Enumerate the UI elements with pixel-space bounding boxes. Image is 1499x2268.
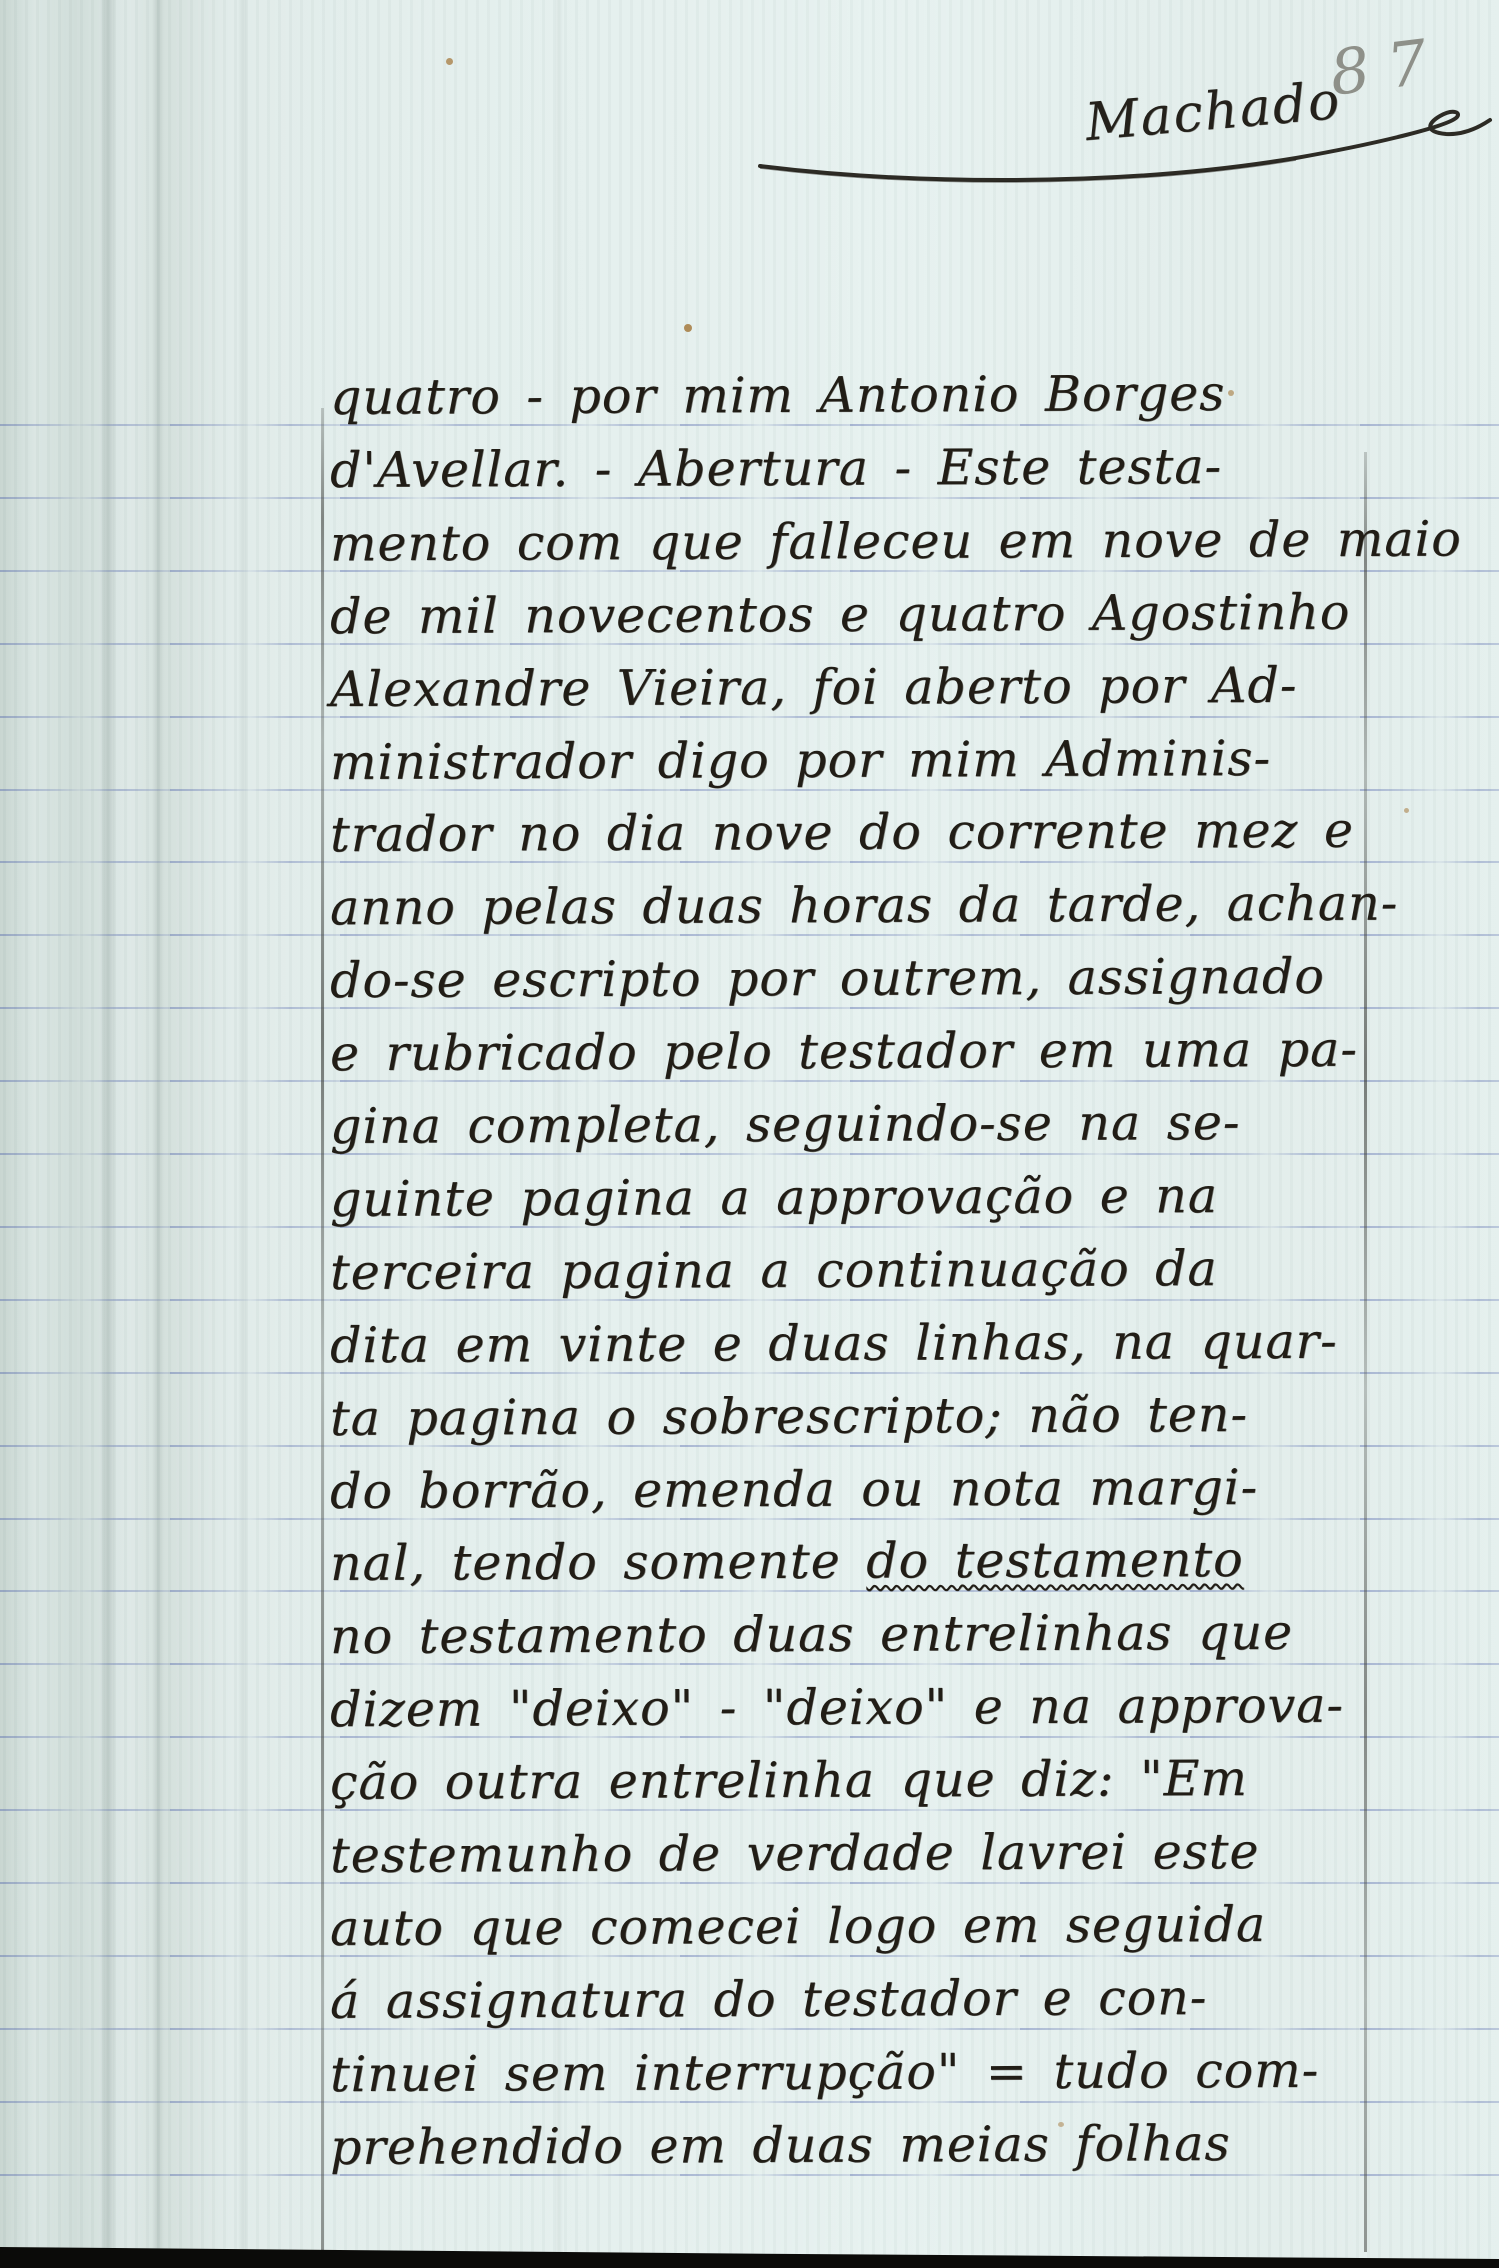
paper-speck: [684, 324, 692, 332]
manuscript-line: anno pelas duas horas da tarde, achan-: [330, 875, 1398, 938]
paper-speck: [1058, 2122, 1064, 2127]
manuscript-line: do borrão, emenda ou nota margi-: [330, 1458, 1258, 1520]
manuscript-line: dita em vinte e duas linhas, na quar-: [330, 1312, 1338, 1374]
scan-bottom-edge: [0, 2238, 1499, 2268]
paper-crease: [152, 0, 164, 2268]
paper-crease: [238, 0, 248, 2268]
manuscript-line: mento com que falleceu em nove de maio: [330, 510, 1462, 573]
manuscript-line: tinuei sem interrupção" = tudo com-: [330, 2042, 1319, 2104]
manuscript-line: Alexandre Vieira, foi aberto por Ad-: [330, 656, 1298, 718]
manuscript-line: de mil novecentos e quatro Agostinho: [330, 583, 1351, 645]
margin-line-left: [321, 408, 324, 2252]
manuscript-line: ção outra entrelinha que diz: "Em: [330, 1750, 1248, 1812]
manuscript-line: no testamento duas entrelinhas que: [330, 1604, 1293, 1666]
manuscript-line: quatro - por mim Antonio Borges: [330, 365, 1226, 427]
manuscript-line: gina completa, seguindo-se na se-: [330, 1094, 1241, 1156]
manuscript-line: d'Avellar. - Abertura - Este testa-: [330, 438, 1222, 500]
manuscript-line: testemunho de verdade lavrei este: [330, 1823, 1260, 1885]
underlined-phrase: do testamento: [866, 1531, 1244, 1590]
manuscript-line: e rubricado pelo testador em uma pa-: [330, 1021, 1358, 1083]
manuscript-line: trador no dia nove do corrente mez e: [330, 802, 1354, 864]
manuscript-line: á assignatura do testador e con-: [330, 1969, 1207, 2031]
manuscript-page: 87 Machado quatro - por mim Antonio Borg…: [0, 0, 1499, 2268]
manuscript-line: guinte pagina a approvação e na: [330, 1167, 1218, 1229]
paper-crease: [100, 0, 116, 2268]
margin-line-right: [1364, 452, 1367, 2252]
manuscript-line: terceira pagina a continuação da: [330, 1240, 1218, 1302]
paper-speck: [446, 58, 453, 65]
signature-flourish: [756, 96, 1496, 196]
manuscript-line: ta pagina o sobrescripto; não ten-: [330, 1386, 1248, 1448]
manuscript-line: dizem "deixo" - "deixo" e na approva-: [330, 1677, 1344, 1739]
paper-speck: [1404, 808, 1409, 813]
manuscript-line: nal, tendo somente do testamento: [330, 1531, 1244, 1593]
manuscript-line: auto que comecei logo em seguida: [330, 1896, 1266, 1958]
manuscript-line: prehendido em duas meias folhas: [330, 2115, 1231, 2177]
manuscript-line: do-se escripto por outrem, assignado: [330, 948, 1325, 1010]
manuscript-line: ministrador digo por mim Adminis-: [330, 729, 1271, 791]
paper-speck: [1228, 390, 1234, 396]
